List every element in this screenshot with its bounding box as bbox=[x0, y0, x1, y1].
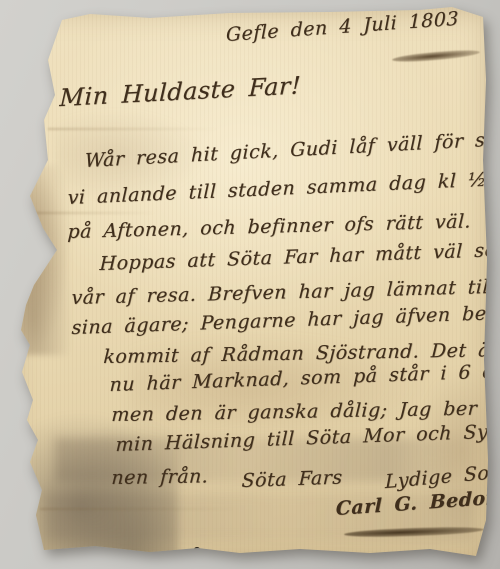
body-line: sina ägare; Pengarne har jag äfven be- bbox=[71, 302, 494, 339]
signature: Carl G. Bedoire bbox=[336, 485, 500, 520]
closing-sota-fars: Söta Fars bbox=[241, 466, 343, 492]
body-line: min Hälsning till Söta Mor och Sysko- bbox=[115, 420, 500, 456]
dateline: Gefle den 4 Juli 1803 bbox=[226, 8, 459, 46]
signature-flourish bbox=[344, 526, 484, 539]
handwritten-text-layer: Gefle den 4 Juli 1803 Min Huldaste Far! … bbox=[0, 0, 500, 569]
body-line: Wår resa hit gick, Gudi låf väll för sig bbox=[85, 128, 500, 172]
body-line: nen från. bbox=[111, 465, 209, 489]
letter-paper: Gefle den 4 Juli 1803 Min Huldaste Far! … bbox=[0, 0, 500, 569]
body-line: vi anlande till staden samma dag kl ½ 6 bbox=[67, 168, 500, 209]
ink-smear bbox=[392, 48, 480, 64]
letter-paper-wrap: Gefle den 4 Juli 1803 Min Huldaste Far! … bbox=[0, 0, 500, 569]
body-line: på Aftonen, och befinner ofs rätt väl. bbox=[67, 210, 472, 243]
salutation: Min Huldaste Far! bbox=[59, 71, 301, 112]
body-line: Hoppas att Söta Far har mått väl sedan bbox=[99, 238, 500, 275]
photo-background: Gefle den 4 Juli 1803 Min Huldaste Far! … bbox=[0, 0, 500, 569]
